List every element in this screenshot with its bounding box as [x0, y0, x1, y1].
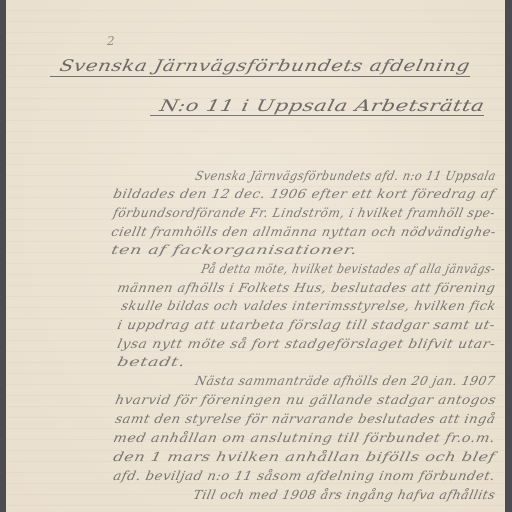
body-line: Till och med 1908 års ingång hafva afhål…: [192, 487, 497, 502]
title-line-1: Svenska Järnvägsförbundets afdelning: [58, 56, 472, 75]
body-line: skulle bildas och valdes interimsstyrels…: [120, 298, 498, 313]
body-line: Nästa sammanträde afhölls den 20 jan. 19…: [194, 373, 497, 388]
body-line: ten af fackorganisationer.: [110, 242, 359, 257]
body-line: med anhållan om anslutning till förbunde…: [112, 430, 497, 445]
body-line: ciellt framhölls den allmänna nyttan och…: [110, 224, 498, 239]
body-line: afd. beviljad n:o 11 såsom afdelning ino…: [112, 468, 497, 483]
document-page: 2 Svenska Järnvägsförbundets afdelning N…: [6, 0, 505, 512]
page-number-mark: 2: [107, 34, 115, 48]
body-line: förbundsordförande Fr. Lindström, i hvil…: [112, 205, 497, 220]
title-underline-2: [150, 115, 484, 116]
body-line: den 1 mars hvilken anhållan bifölls och …: [112, 449, 497, 464]
title-underline-1: [50, 76, 470, 77]
body-line: hvarvid för föreningen nu gällande stadg…: [114, 392, 498, 407]
body-line: Svenska Järnvägsförbundets afd. n:o 11 U…: [194, 168, 498, 183]
body-line: männen afhölls i Folkets Hus, beslutades…: [116, 280, 497, 295]
body-line: samt den styrelse för närvarande besluta…: [114, 411, 497, 426]
body-line: På detta möte, hvilket bevistades af all…: [200, 261, 497, 276]
title-line-2: N:o 11 i Uppsala Arbetsrätta: [158, 96, 487, 115]
body-line: lysa nytt möte så fort stadgeförslaget b…: [116, 336, 497, 351]
body-line: bildades den 12 dec. 1906 efter ett kort…: [112, 186, 497, 201]
body-line: betadt.: [116, 354, 187, 369]
body-line: i uppdrag att utarbeta förslag till stad…: [116, 317, 497, 332]
